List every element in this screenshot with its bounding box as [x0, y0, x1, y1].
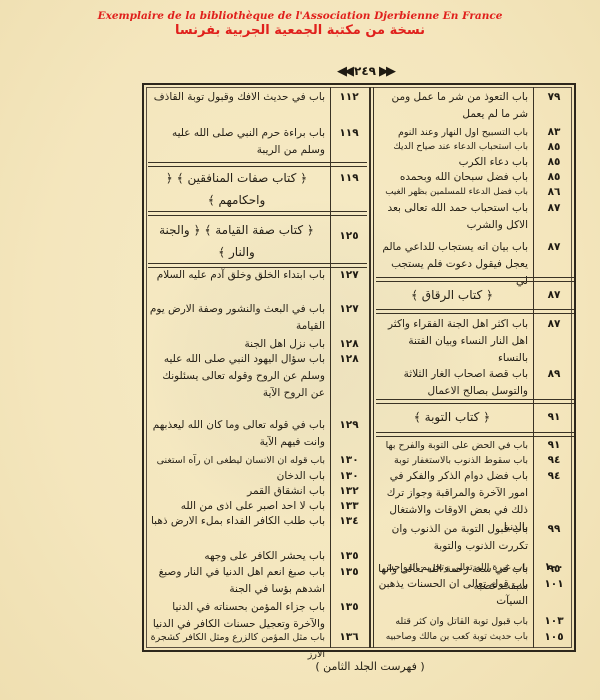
entry-page: ١٠٣ [534, 613, 574, 630]
entry-page: ١١٩ [331, 167, 367, 189]
page-number-value: ٢٤٩ [354, 64, 376, 78]
right-index-table: ٧٩ باب التعوذ من شر ما عمل ومن شر ما لم … [376, 87, 574, 647]
entry-page: ٨٧ [534, 316, 574, 333]
entry-page: ١١٢ [331, 89, 367, 106]
entry-title: باب في البعث والنشور وصفة الارض يوم القي… [148, 301, 325, 335]
entry-title: باب قوله تعالى ان الحسنات يذهبن السيآت [376, 576, 528, 610]
volume-caption: ( فهرست الجلد الثامن ) [300, 660, 440, 673]
row-divider [376, 277, 574, 282]
table-row: ٧٩ باب التعوذ من شر ما عمل ومن شر ما لم … [376, 89, 574, 123]
book-heading: ﴿ كتاب الرقاق ﴾ [376, 284, 528, 306]
entry-page: ١٣٠ [331, 452, 367, 469]
entry-page: ١٢٨ [331, 351, 367, 368]
entry-page: ١١٩ [331, 125, 367, 142]
ornament-right-icon: ▶▶ [379, 64, 393, 79]
entry-page: ٨٧ [534, 239, 574, 256]
entry-page: ٨٧ [534, 200, 574, 217]
entry-title: باب سؤال اليهود النبي صلى الله عليه وسلم… [148, 351, 325, 402]
entry-title: باب يحشر الكافر على وجهه [148, 548, 325, 565]
entry-page: ٩٤ [534, 468, 574, 485]
entry-title: باب اكثر اهل الجنة الفقراء واكثر اهل الن… [376, 316, 528, 367]
entry-page: ٩٤ [534, 452, 574, 469]
center-divider-inner [373, 87, 374, 648]
book-heading: ﴿ كتاب التوبة ﴾ [376, 405, 528, 429]
entry-page: ٩١ [534, 405, 574, 429]
entry-title: باب سقوط الذنوب بالاستغفار توبة [376, 452, 528, 469]
entry-page: ١٣٥ [331, 564, 367, 581]
book-heading: ﴿ كتاب صفة القيامة ﴾ ﴿ والجنة والنار ﴾ [148, 219, 325, 263]
library-stamp: Exemplaire de la bibliothèque de l'Assoc… [0, 10, 600, 39]
entry-title: باب مثل المؤمن كالزرع ومثل الكافر كشجرة … [148, 629, 325, 663]
entry-page: ٩٩ [534, 521, 574, 538]
entry-page: ٨٧ [534, 284, 574, 306]
entry-page: ١٣٦ [331, 629, 367, 646]
entry-title: باب التعوذ من شر ما عمل ومن شر ما لم يعم… [376, 89, 528, 123]
center-divider [369, 87, 371, 648]
stamp-arabic: نسخة من مكتبة الجمعية الجربية بفرنسا [0, 23, 600, 39]
entry-title: باب قبول توبة القاتل وان كثر قتله [376, 613, 528, 630]
entry-title: باب في قوله تعالى وما كان الله ليعذبهم و… [148, 417, 325, 451]
entry-title: باب قبول التوبة من الذنوب وان تكررت الذن… [376, 521, 528, 555]
entry-page: ١٣٤ [331, 513, 367, 530]
entry-title: باب قوله ان الانسان ليطغى ان رآه استغنى [148, 452, 325, 469]
entry-title: باب ابتداء الخلق وخلق آدم عليه السلام [148, 267, 325, 284]
row-divider [376, 309, 574, 314]
entry-title: باب استحباب حمد الله تعالى بعد الاكل وال… [376, 200, 528, 234]
entry-title: باب في حديث الافك وقبول توبة القاذف [148, 89, 325, 106]
entry-page: ١٢٥ [331, 219, 367, 253]
entry-page: ١٣٥ [331, 599, 367, 616]
entry-page: ١٠٥ [534, 629, 574, 646]
entry-title: باب براءة حرم النبي صلى الله عليه وسلم م… [148, 125, 325, 159]
entry-page: ٨٦ [534, 184, 574, 201]
entry-page: ١٣٥ [331, 548, 367, 565]
entry-page: ٨٩ [534, 366, 574, 383]
row-divider [148, 211, 367, 216]
entry-page: ١٠١ [534, 576, 574, 593]
entry-page: ١٢٧ [331, 267, 367, 284]
entry-title: باب قصة اصحاب الغار الثلاثة والتوسل بصال… [376, 366, 528, 400]
entry-page: ١٢٩ [331, 417, 367, 434]
entry-page: ١٠٠ [534, 559, 574, 576]
book-heading: ﴿ كتاب صفات المنافقين ﴾ ﴿ واحكامهم ﴾ [148, 167, 325, 211]
entry-title: باب فضل الدعاء للمسلمين بظهر الغيب [376, 184, 528, 201]
stamp-french: Exemplaire de la bibliothèque de l'Assoc… [0, 10, 600, 23]
page-number: ◀◀ ٢٤٩ ▶▶ [310, 62, 420, 80]
entry-title: باب بيان انه يستجاب للداعي مالم يعجل فيق… [376, 239, 528, 290]
entry-page: ١٢٧ [331, 301, 367, 318]
left-index-table: ١١٢ باب في حديث الافك وقبول توبة القاذف … [148, 87, 367, 647]
entry-title: باب حديث توبة كعب بن مالك وصاحبيه [376, 629, 528, 646]
entry-title: باب غيرة الله تعالى وتحريم الفواحش [376, 559, 528, 576]
entry-title: باب جزاء المؤمن بحسناته في الدنيا والآخر… [148, 599, 325, 633]
row-divider [376, 399, 574, 404]
entry-title: باب طلب الكافر الفداء بملء الارض ذهبا [148, 513, 325, 530]
entry-title: باب صبغ انعم اهل الدنيا في النار وصبغ اش… [148, 564, 325, 598]
entry-page: ٧٩ [534, 89, 574, 106]
ornament-left-icon: ◀◀ [337, 64, 351, 79]
